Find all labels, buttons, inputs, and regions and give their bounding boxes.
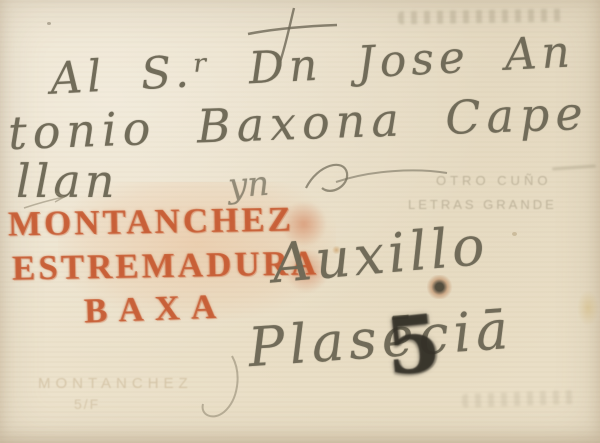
- postmark-line-montanchez: MONTANCHEZ: [8, 202, 295, 242]
- pencil-flourish-mark: [192, 352, 244, 426]
- manuscript-auxillo: Auxillo: [270, 219, 490, 292]
- pencil-note-rate-ref: 5/F: [74, 397, 100, 411]
- ink-blot: [427, 275, 453, 299]
- pencil-note-letras-grande: LETRAS GRANDE: [408, 198, 557, 211]
- postmark-line-baxa: BAXA: [83, 289, 227, 329]
- rate-mark-5: 5: [381, 297, 444, 393]
- paper-speck: [512, 232, 517, 236]
- faint-pencil-inscription: [398, 9, 566, 25]
- paper-speck: [47, 22, 51, 25]
- pencil-note-montanchez: MONTANCHEZ: [38, 376, 193, 391]
- address-line-3-extra: yn: [227, 167, 270, 204]
- pencil-note-otro-cuno: OTRO CUÑO: [436, 174, 551, 187]
- paper-stain: [577, 290, 599, 326]
- manuscript-destination-plasencia: Plasēciā: [246, 303, 514, 375]
- faint-pencil-dash: [552, 164, 596, 170]
- letter-cover: Al S.ʳ Dn Jose An tonio Baxona Cape llan…: [0, 0, 600, 443]
- flourish-mark: [300, 158, 452, 202]
- faint-pencil-inscription: [462, 390, 574, 408]
